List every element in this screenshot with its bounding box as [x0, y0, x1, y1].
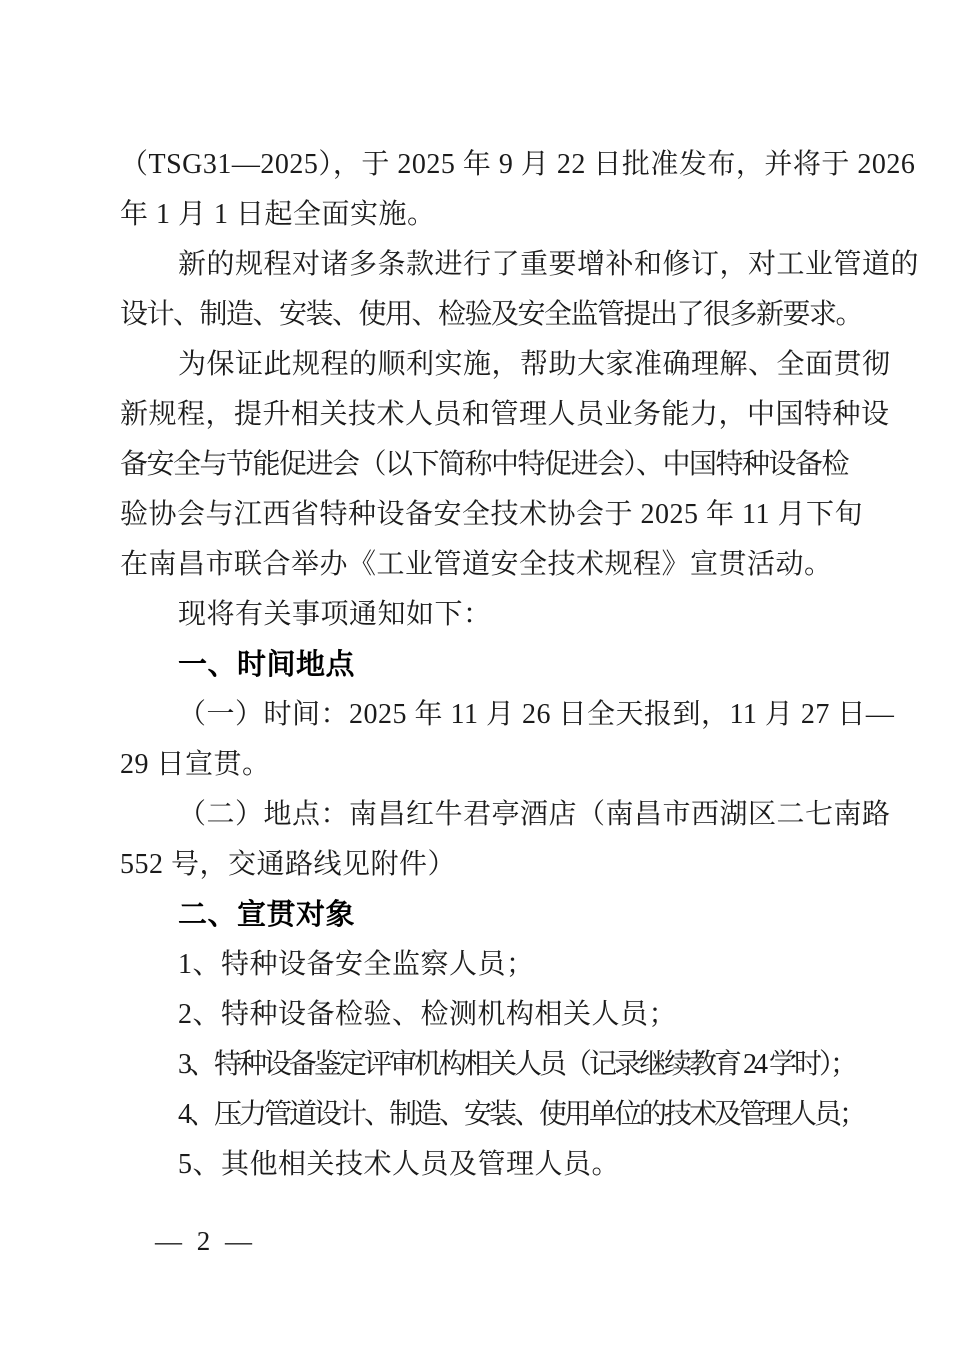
- item-location-line-1: （二）地点：南昌红牛君亭酒店（南昌市西湖区二七南路: [120, 796, 826, 846]
- audience-item-3: 3、特种设备鉴定评审机构相关人员（记录继续教育 24 学时）；: [120, 1046, 826, 1096]
- audience-item-1: 1、特种设备安全监察人员；: [120, 946, 826, 996]
- para-intro-line-1: （TSG31—2025），于 2025 年 9 月 22 日批准发布，并将于 2…: [120, 146, 826, 196]
- para-purpose-line-4: 验协会与江西省特种设备安全技术协会于 2025 年 11 月下旬: [120, 496, 826, 546]
- audience-item-5: 5、其他相关技术人员及管理人员。: [120, 1146, 826, 1196]
- item-time-line-2: 29 日宣贯。: [120, 746, 826, 796]
- notice-intro-line: 现将有关事项通知如下：: [120, 596, 826, 646]
- item-location-line-2: 552 号，交通路线见附件）: [120, 846, 826, 896]
- para-purpose-line-2: 新规程，提升相关技术人员和管理人员业务能力，中国特种设: [120, 396, 826, 446]
- para-purpose-line-1: 为保证此规程的顺利实施，帮助大家准确理解、全面贯彻: [120, 346, 826, 396]
- heading-section-1-time-location: 一、时间地点: [120, 646, 826, 696]
- audience-item-2: 2、特种设备检验、检测机构相关人员；: [120, 996, 826, 1046]
- heading-section-2-audience: 二、宣贯对象: [120, 896, 826, 946]
- document-page: （TSG31—2025），于 2025 年 9 月 22 日批准发布，并将于 2…: [0, 0, 953, 1347]
- para-revision-line-2: 设计、制造、安装、使用、检验及安全监管提出了很多新要求。: [120, 296, 826, 346]
- para-purpose-line-3: 备安全与节能促进会（以下简称中特促进会）、中国特种设备检: [120, 446, 826, 496]
- para-revision-line-1: 新的规程对诸多条款进行了重要增补和修订，对工业管道的: [120, 246, 826, 296]
- document-text-block: （TSG31—2025），于 2025 年 9 月 22 日批准发布，并将于 2…: [120, 146, 826, 1196]
- page-number: — 2 —: [155, 1224, 253, 1258]
- audience-item-4: 4、压力管道设计、制造、安装、使用单位的技术及管理人员；: [120, 1096, 826, 1146]
- para-purpose-line-5: 在南昌市联合举办《工业管道安全技术规程》宣贯活动。: [120, 546, 826, 596]
- item-time-line-1: （一）时间：2025 年 11 月 26 日全天报到，11 月 27 日—: [120, 696, 826, 746]
- para-intro-line-2: 年 1 月 1 日起全面实施。: [120, 196, 826, 246]
